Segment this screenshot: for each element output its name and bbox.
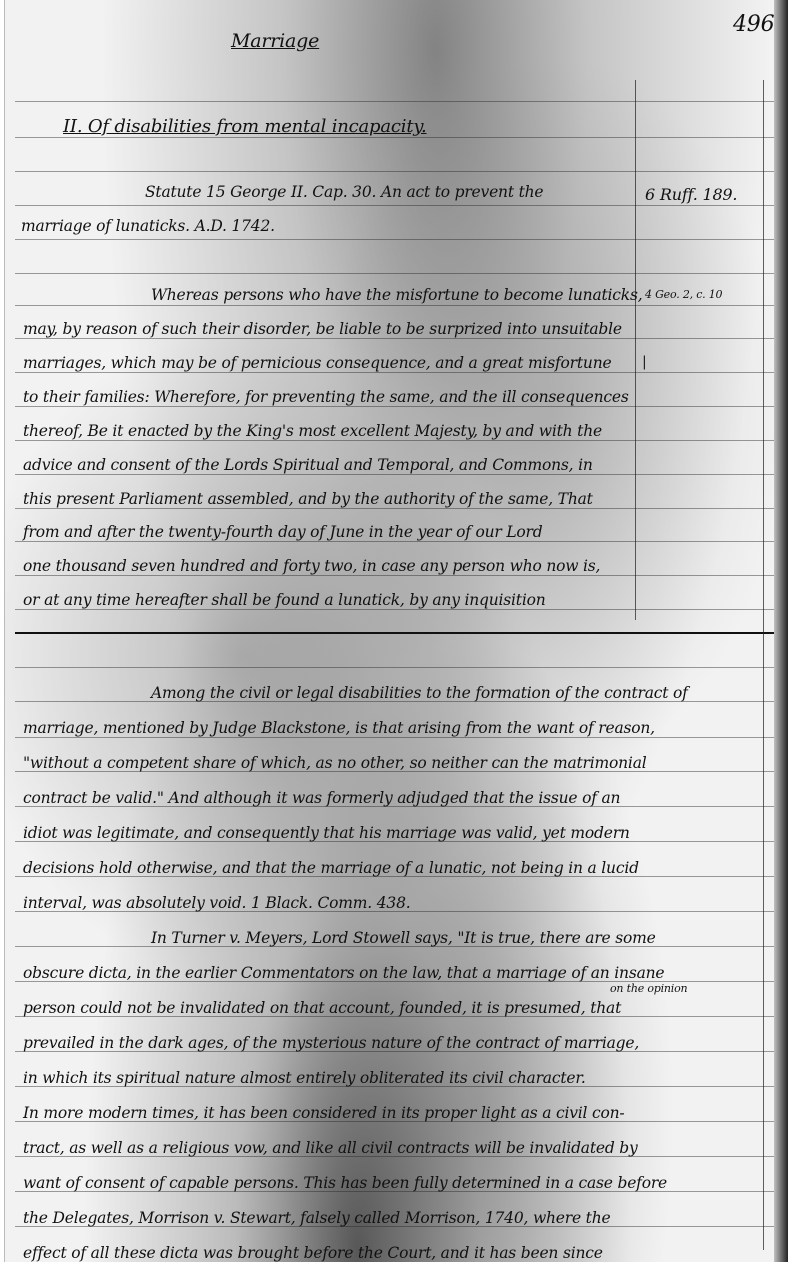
preamble-line: advice and consent of the Lords Spiritua… [23,456,593,474]
right-margin-rule [763,80,764,1250]
ruled-line [15,137,774,138]
ruled-line [15,372,774,373]
commentary-line: In more modern times, it has been consid… [23,1104,624,1122]
commentary-line: decisions hold otherwise, and that the m… [23,859,639,877]
commentary-line: idiot was legitimate, and consequently t… [23,824,630,842]
commentary-line: person could not be invalidated on that … [23,999,621,1017]
ruled-line [15,474,774,475]
preamble-line: Whereas persons who have the misfortune … [151,286,642,304]
ruled-line [15,541,774,542]
manuscript-page: 496 Marriage II. Of disabilities from me… [4,0,788,1262]
commentary-line: effect of all these dicta was brought be… [23,1244,603,1262]
statute-line: marriage of lunaticks. A.D. 1742. [21,217,275,235]
statute-line: Statute 15 George II. Cap. 30. An act to… [145,183,543,201]
ruled-line [15,171,774,172]
margin-column-rule [635,80,636,620]
section-heading: II. Of disabilities from mental incapaci… [63,116,427,137]
ruled-line [15,205,774,206]
preamble-line: or at any time hereafter shall be found … [23,591,546,609]
preamble-line: thereof, Be it enacted by the King's mos… [23,422,602,440]
ruled-line [15,305,774,306]
ruled-line [15,239,774,240]
commentary-line: marriage, mentioned by Judge Blackstone,… [23,719,655,737]
ruled-line [15,440,774,441]
margin-note: | [642,354,647,370]
commentary-line: in which its spiritual nature almost ent… [23,1069,586,1087]
preamble-line: to their families: Wherefore, for preven… [23,388,629,406]
ruled-line [15,406,774,407]
ruled-line [15,508,774,509]
section-divider [15,632,774,634]
commentary-line: tract, as well as a religious vow, and l… [23,1139,638,1157]
commentary-line: contract be valid." And although it was … [23,789,620,807]
margin-note: 6 Ruff. 189. [645,185,737,204]
commentary-line: the Delegates, Morrison v. Stewart, fals… [23,1209,610,1227]
commentary-line: Among the civil or legal disabilities to… [151,684,688,702]
ruled-line [15,667,774,668]
page-edge-shadow [774,0,788,1262]
commentary-line: In Turner v. Meyers, Lord Stowell says, … [151,929,656,947]
commentary-line: want of consent of capable persons. This… [23,1174,667,1192]
preamble-line: marriages, which may be of pernicious co… [23,354,611,372]
ruled-line [15,101,774,102]
preamble-line: this present Parliament assembled, and b… [23,490,593,508]
ruled-line [15,609,774,610]
commentary-line: "without a competent share of which, as … [23,754,647,772]
preamble-line: may, by reason of such their disorder, b… [23,320,622,338]
preamble-line: from and after the twenty-fourth day of … [23,523,543,541]
interlinear-insertion: on the opinion [610,982,687,995]
ruled-line [15,338,774,339]
preamble-line: one thousand seven hundred and forty two… [23,557,600,575]
commentary-line: obscure dicta, in the earlier Commentato… [23,964,664,982]
page-title: Marriage [231,30,319,52]
margin-note: 4 Geo. 2, c. 10 [645,288,722,301]
commentary-line: interval, was absolutely void. 1 Black. … [23,894,410,912]
ruled-line [15,575,774,576]
page-number: 496 [733,12,774,37]
commentary-line: prevailed in the dark ages, of the myste… [23,1034,639,1052]
ruled-line [15,273,774,274]
ruled-line [15,737,774,738]
